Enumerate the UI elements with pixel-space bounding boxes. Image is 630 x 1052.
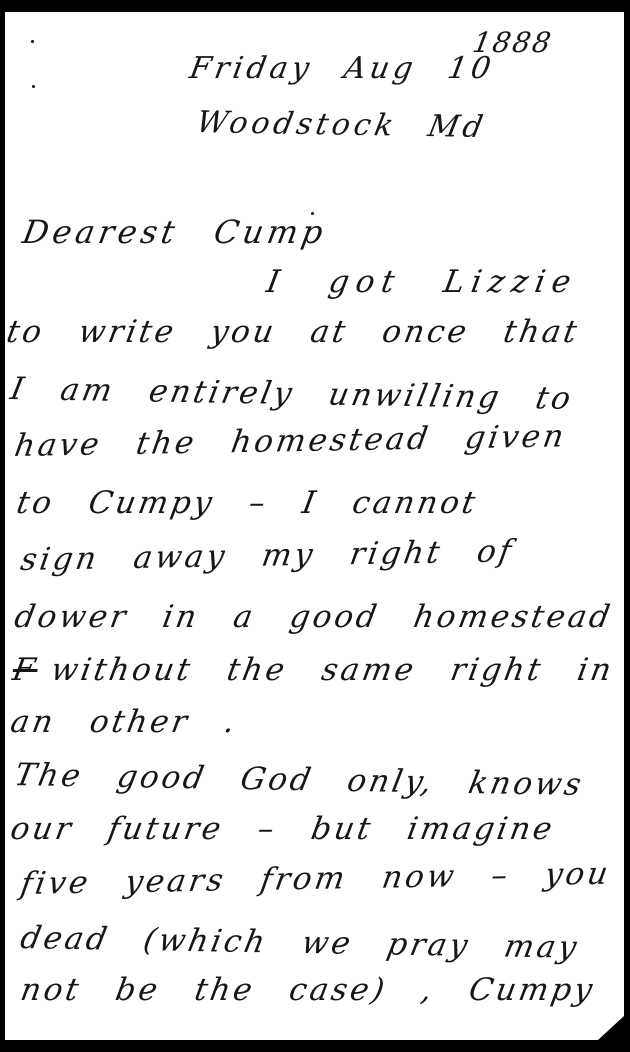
scan-speck [31,40,34,43]
letter-line: to write you at once that [4,315,582,349]
scanned-letter: Friday Aug 10 1888 Woodstock Md Dearest … [0,0,630,1052]
date-line: Friday Aug 10 [187,52,497,85]
letter-line: I am entirely unwilling to [8,372,577,416]
letter-line: sign away my right of [18,534,516,577]
salutation: Dearest Cump [20,215,329,250]
letter-line: to Cumpy – I cannot [14,486,481,520]
letter-line: not be the case) , Cumpy [18,973,598,1007]
letter-line: dead (which we pray may [18,921,583,965]
letter-line: dower in a good homestead [12,600,615,634]
letter-line: our future – but imagine [8,812,558,846]
letter-line: an other . [8,705,240,739]
page-corner-tear [598,1016,624,1040]
letter-line-text: without the same right in [48,652,617,688]
struck-out-character: F [10,652,41,688]
letter-line: I got Lizzie [264,265,580,299]
letter-page: Friday Aug 10 1888 Woodstock Md Dearest … [5,12,624,1040]
place-line: Woodstock Md [194,106,490,144]
scan-speck [311,212,314,215]
date-year: 1888 [470,28,555,59]
letter-line: Fwithout the same right in [10,653,617,687]
scan-speck [32,85,35,88]
letter-line: The good God only, knows [12,758,587,802]
letter-line: five years from now – you [18,857,613,901]
letter-line: have the homestead given [12,419,569,463]
